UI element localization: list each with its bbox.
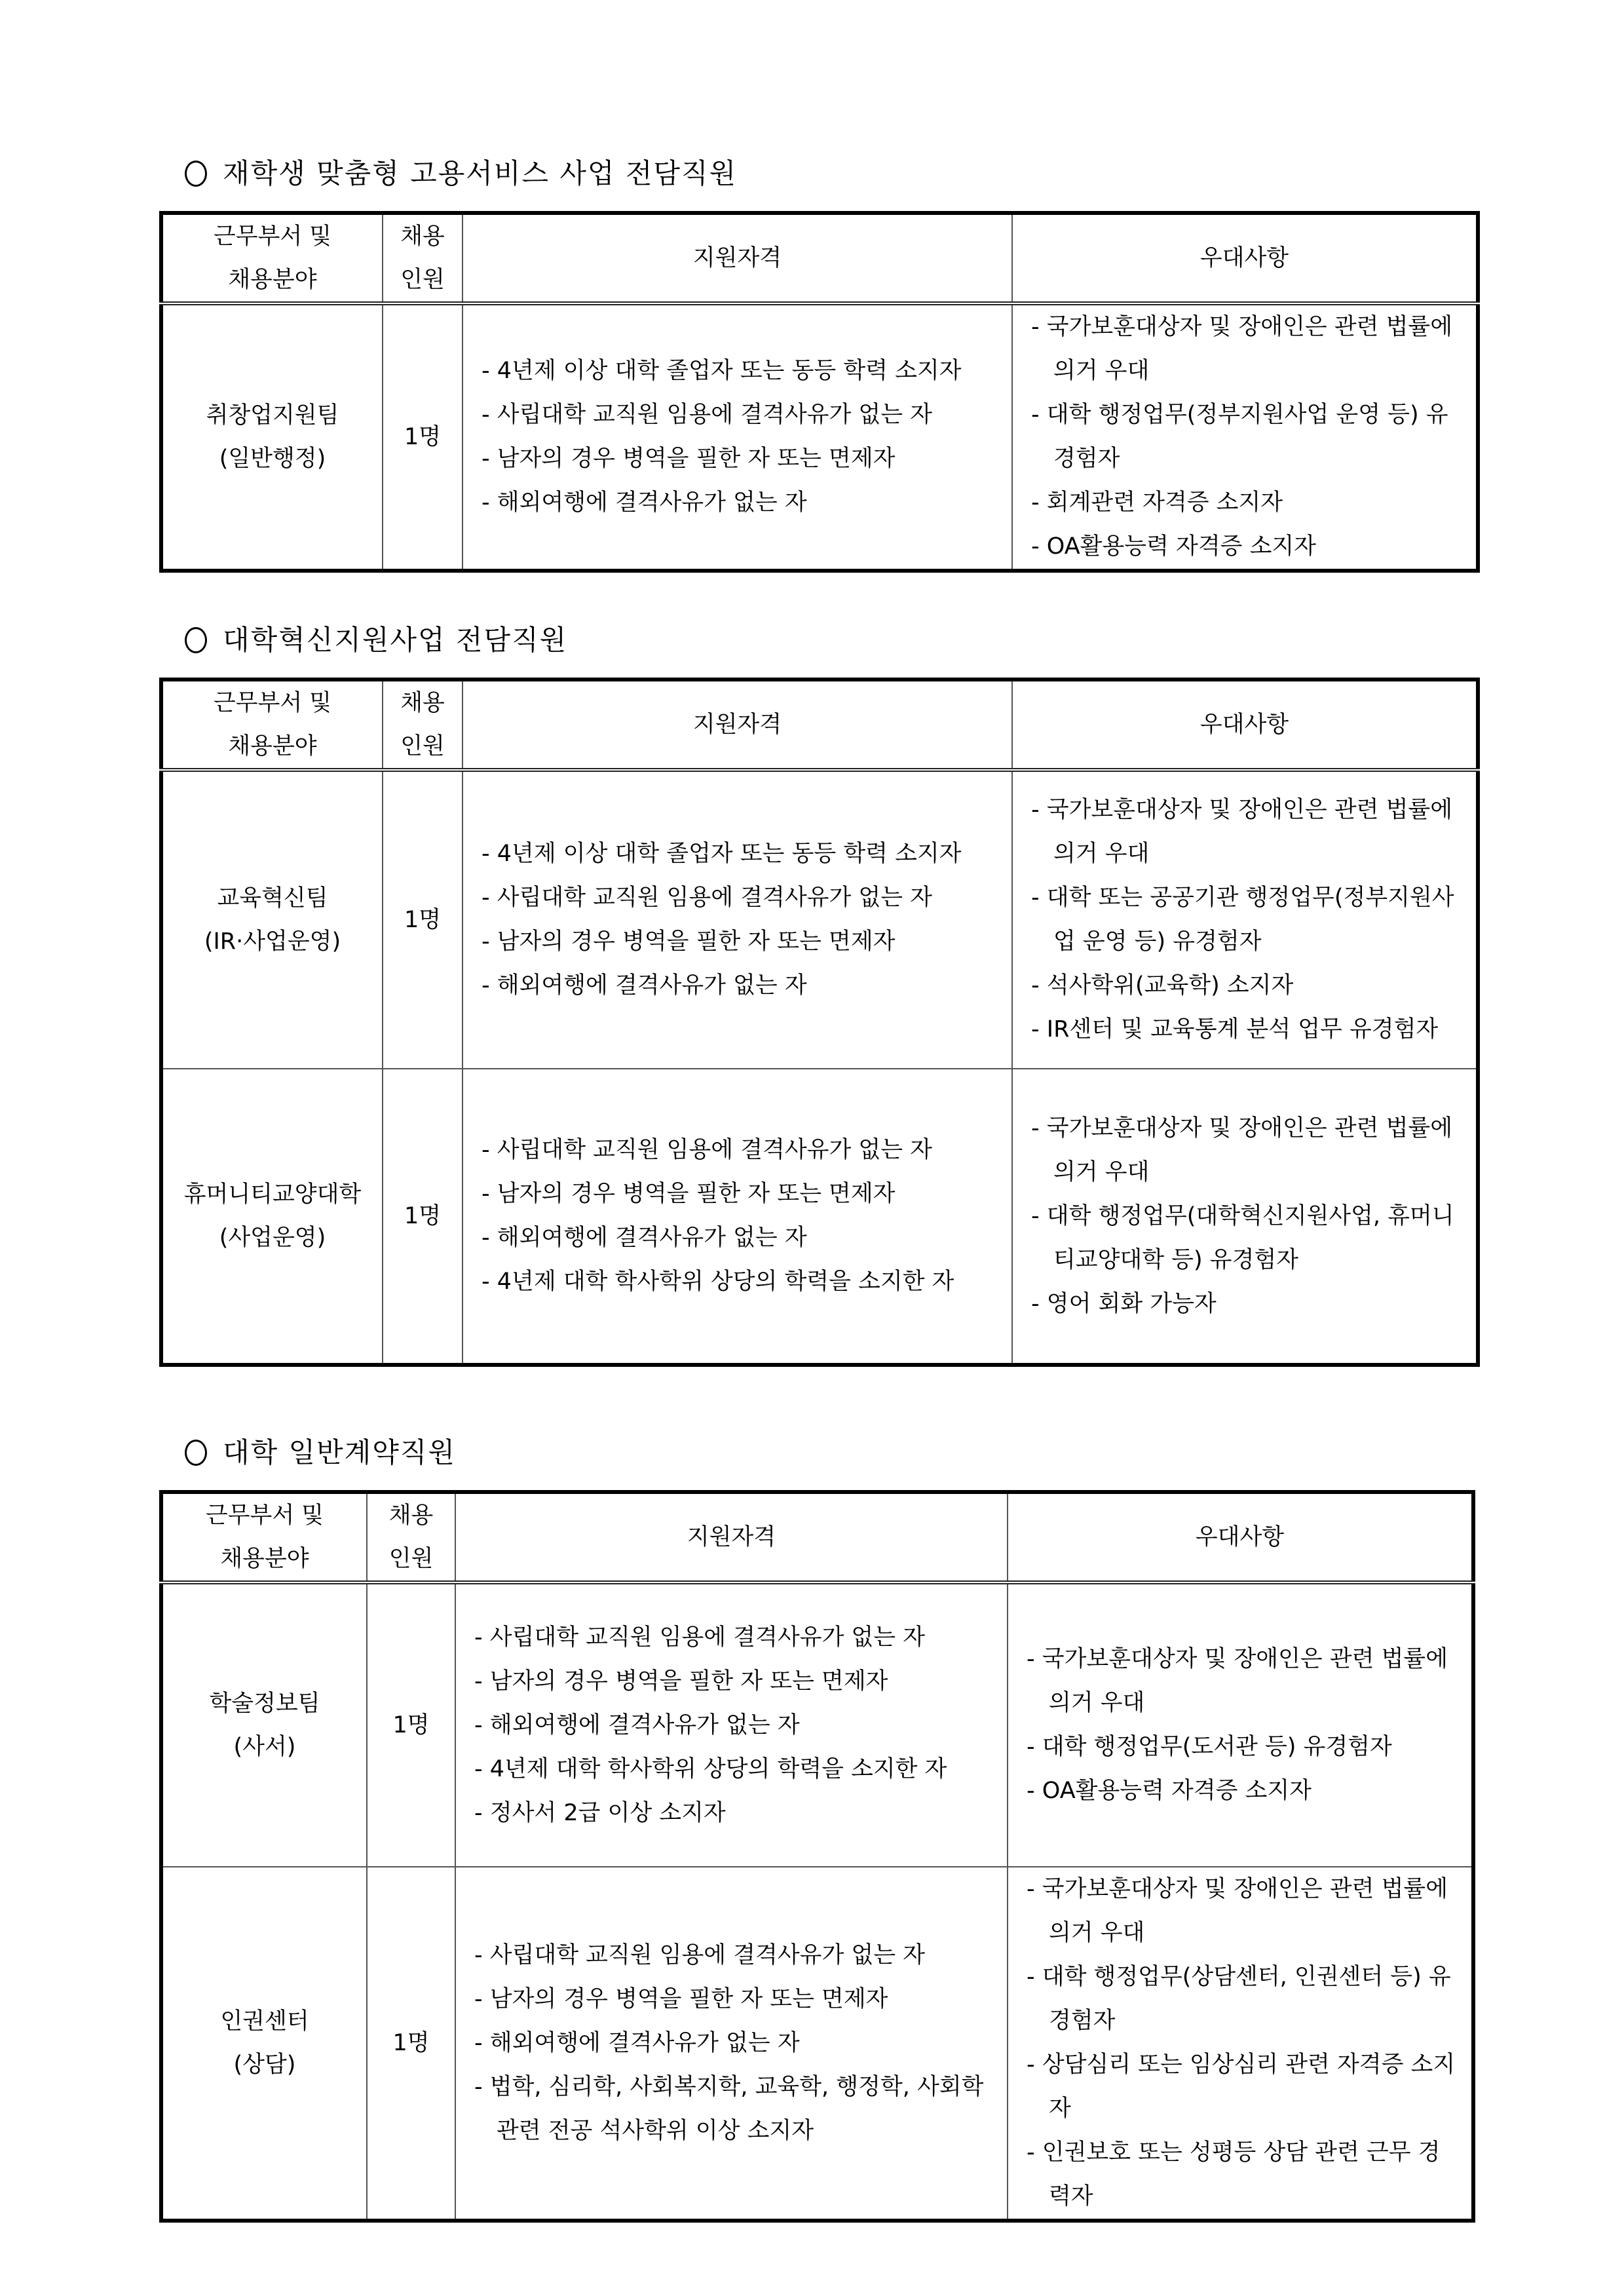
table-header-row: 근무부서 및채용분야 채용인원 지원자격 우대사항 xyxy=(161,679,1478,770)
header-dept-line2: 채용분야 xyxy=(163,725,382,768)
qualification-item: 사립대학 교직원 임용에 결격사유가 없는 자 xyxy=(482,393,1000,437)
qualification-item: 남자의 경우 병역을 필한 자 또는 면제자 xyxy=(474,1660,995,1704)
preference-item: 대학 행정업무(상담센터, 인권센터 등) 유경험자 xyxy=(1027,1955,1460,2043)
header-qualifications: 지원자격 xyxy=(463,213,1012,303)
table-row: 교육혁신팀(IR·사업운영) 1명 4년제 이상 대학 졸업자 또는 동등 학력… xyxy=(161,770,1478,1069)
dept-name: 교육혁신팀 xyxy=(163,877,382,920)
dept-field: (사업운영) xyxy=(163,1216,382,1259)
qualification-item: 해외여행에 결격사유가 없는 자 xyxy=(482,481,1000,525)
preferences-cell: 국가보훈대상자 및 장애인은 관련 법률에 의거 우대 대학 행정업무(도서관 … xyxy=(1008,1582,1473,1867)
header-dept-line2: 채용분야 xyxy=(163,258,382,301)
qualification-item: 남자의 경우 병역을 필한 자 또는 면제자 xyxy=(474,1978,995,2021)
preference-item: 대학 또는 공공기관 행정업무(정부지원사업 운영 등) 유경험자 xyxy=(1031,876,1464,964)
circle-bullet-icon xyxy=(185,627,207,653)
dept-name: 휴머니티교양대학 xyxy=(163,1173,382,1216)
preferences-cell: 국가보훈대상자 및 장애인은 관련 법률에 의거 우대 대학 행정업무(정부지원… xyxy=(1012,303,1478,571)
dept-cell: 학술정보팀(사서) xyxy=(161,1582,367,1867)
dept-cell: 취창업지원팀(일반행정) xyxy=(161,303,383,571)
qualification-item: 4년제 이상 대학 졸업자 또는 동등 학력 소지자 xyxy=(482,832,1000,876)
qualifications-cell: 4년제 이상 대학 졸업자 또는 동등 학력 소지자 사립대학 교직원 임용에 … xyxy=(463,770,1012,1069)
qualification-item: 사립대학 교직원 임용에 결격사유가 없는 자 xyxy=(474,1934,995,1978)
preference-item: 대학 행정업무(대학혁신지원사업, 휴머니티교양대학 등) 유경험자 xyxy=(1031,1195,1464,1282)
qualification-item: 4년제 이상 대학 졸업자 또는 동등 학력 소지자 xyxy=(482,349,1000,393)
count-cell: 1명 xyxy=(383,303,463,571)
recruit-table-3: 근무부서 및채용분야 채용인원 지원자격 우대사항 학술정보팀(사서) 1명 사… xyxy=(159,1490,1475,2223)
preferences-cell: 국가보훈대상자 및 장애인은 관련 법률에 의거 우대 대학 행정업무(대학혁신… xyxy=(1012,1069,1478,1365)
header-count-line2: 인원 xyxy=(383,725,462,768)
dept-name: 학술정보팀 xyxy=(163,1682,366,1725)
preference-item: 상담심리 또는 임상심리 관련 자격증 소지자 xyxy=(1027,2043,1460,2131)
section-title-text: 재학생 맞춤형 고용서비스 사업 전담직원 xyxy=(223,157,737,189)
preference-item: 국가보훈대상자 및 장애인은 관련 법률에 의거 우대 xyxy=(1027,1637,1460,1725)
header-count: 채용인원 xyxy=(383,213,463,303)
preference-item: IR센터 및 교육통계 분석 업무 유경험자 xyxy=(1031,1008,1464,1052)
preference-item: 영어 회화 가능자 xyxy=(1031,1282,1464,1326)
dept-field: (사서) xyxy=(163,1725,366,1769)
header-preferences: 우대사항 xyxy=(1012,213,1478,303)
header-count-line2: 인원 xyxy=(368,1537,455,1580)
table-row: 인권센터(상담) 1명 사립대학 교직원 임용에 결격사유가 없는 자 남자의 … xyxy=(161,1867,1473,2221)
header-count: 채용인원 xyxy=(383,679,463,770)
qualification-item: 법학, 심리학, 사회복지학, 교육학, 행정학, 사회학 관련 전공 석사학위… xyxy=(474,2065,995,2153)
table-row: 취창업지원팀(일반행정) 1명 4년제 이상 대학 졸업자 또는 동등 학력 소… xyxy=(161,303,1478,571)
table-header-row: 근무부서 및채용분야 채용인원 지원자격 우대사항 xyxy=(161,1492,1473,1582)
preference-item: OA활용능력 자격증 소지자 xyxy=(1027,1769,1460,1813)
qualifications-cell: 사립대학 교직원 임용에 결격사유가 없는 자 남자의 경우 병역을 필한 자 … xyxy=(455,1582,1008,1867)
preference-item: 인권보호 또는 성평등 상담 관련 근무 경력자 xyxy=(1027,2131,1460,2219)
qualification-item: 정사서 2급 이상 소지자 xyxy=(474,1791,995,1835)
recruit-table-1: 근무부서 및채용분야 채용인원 지원자격 우대사항 취창업지원팀(일반행정) 1… xyxy=(159,211,1480,573)
circle-bullet-icon xyxy=(185,1440,207,1466)
header-count: 채용인원 xyxy=(367,1492,455,1582)
count-cell: 1명 xyxy=(367,1582,455,1867)
section-title-2: 대학혁신지원사업 전담직원 xyxy=(185,619,567,658)
qualification-item: 해외여행에 결격사유가 없는 자 xyxy=(482,1216,1000,1260)
preference-item: 국가보훈대상자 및 장애인은 관련 법률에 의거 우대 xyxy=(1031,305,1464,393)
count-cell: 1명 xyxy=(383,770,463,1069)
table-row: 휴머니티교양대학(사업운영) 1명 사립대학 교직원 임용에 결격사유가 없는 … xyxy=(161,1069,1478,1365)
dept-cell: 교육혁신팀(IR·사업운영) xyxy=(161,770,383,1069)
header-qualifications: 지원자격 xyxy=(455,1492,1008,1582)
preference-item: 국가보훈대상자 및 장애인은 관련 법률에 의거 우대 xyxy=(1027,1867,1460,1955)
header-dept: 근무부서 및채용분야 xyxy=(161,1492,367,1582)
preference-item: 회계관련 자격증 소지자 xyxy=(1031,481,1464,525)
qualifications-cell: 사립대학 교직원 임용에 결격사유가 없는 자 남자의 경우 병역을 필한 자 … xyxy=(463,1069,1012,1365)
qualification-item: 사립대학 교직원 임용에 결격사유가 없는 자 xyxy=(474,1616,995,1660)
qualification-item: 남자의 경우 병역을 필한 자 또는 면제자 xyxy=(482,437,1000,481)
dept-cell: 휴머니티교양대학(사업운영) xyxy=(161,1069,383,1365)
dept-cell: 인권센터(상담) xyxy=(161,1867,367,2221)
dept-name: 취창업지원팀 xyxy=(163,394,382,437)
header-dept-line1: 근무부서 및 xyxy=(163,1494,366,1537)
preference-item: 석사학위(교육학) 소지자 xyxy=(1031,964,1464,1008)
qualification-item: 해외여행에 결격사유가 없는 자 xyxy=(482,964,1000,1008)
section-title-1: 재학생 맞춤형 고용서비스 사업 전담직원 xyxy=(185,152,737,191)
table-header-row: 근무부서 및채용분야 채용인원 지원자격 우대사항 xyxy=(161,213,1478,303)
qualification-item: 사립대학 교직원 임용에 결격사유가 없는 자 xyxy=(482,876,1000,920)
header-qualifications: 지원자격 xyxy=(463,679,1012,770)
qualification-item: 4년제 대학 학사학위 상당의 학력을 소지한 자 xyxy=(482,1260,1000,1304)
qualifications-cell: 4년제 이상 대학 졸업자 또는 동등 학력 소지자 사립대학 교직원 임용에 … xyxy=(463,303,1012,571)
qualification-item: 남자의 경우 병역을 필한 자 또는 면제자 xyxy=(482,920,1000,964)
section-title-text: 대학 일반계약직원 xyxy=(223,1436,456,1468)
section-title-text: 대학혁신지원사업 전담직원 xyxy=(223,624,567,656)
dept-field: (IR·사업운영) xyxy=(163,920,382,963)
recruit-table-2: 근무부서 및채용분야 채용인원 지원자격 우대사항 교육혁신팀(IR·사업운영)… xyxy=(159,678,1480,1367)
qualification-item: 해외여행에 결격사유가 없는 자 xyxy=(474,1704,995,1748)
header-count-line1: 채용 xyxy=(368,1494,455,1537)
qualification-item: 남자의 경우 병역을 필한 자 또는 면제자 xyxy=(482,1172,1000,1216)
header-count-line1: 채용 xyxy=(383,215,462,258)
dept-field: (상담) xyxy=(163,2043,366,2086)
section-title-3: 대학 일반계약직원 xyxy=(185,1431,456,1470)
qualification-item: 4년제 대학 학사학위 상당의 학력을 소지한 자 xyxy=(474,1748,995,1791)
preferences-cell: 국가보훈대상자 및 장애인은 관련 법률에 의거 우대 대학 또는 공공기관 행… xyxy=(1012,770,1478,1069)
qualifications-cell: 사립대학 교직원 임용에 결격사유가 없는 자 남자의 경우 병역을 필한 자 … xyxy=(455,1867,1008,2221)
preference-item: 국가보훈대상자 및 장애인은 관련 법률에 의거 우대 xyxy=(1031,788,1464,876)
header-count-line1: 채용 xyxy=(383,681,462,725)
dept-name: 인권센터 xyxy=(163,2000,366,2043)
qualification-item: 해외여행에 결격사유가 없는 자 xyxy=(474,2021,995,2065)
dept-field: (일반행정) xyxy=(163,437,382,480)
preference-item: 대학 행정업무(도서관 등) 유경험자 xyxy=(1027,1725,1460,1769)
circle-bullet-icon xyxy=(185,161,207,187)
header-dept-line1: 근무부서 및 xyxy=(163,215,382,258)
header-dept-line1: 근무부서 및 xyxy=(163,681,382,725)
table-row: 학술정보팀(사서) 1명 사립대학 교직원 임용에 결격사유가 없는 자 남자의… xyxy=(161,1582,1473,1867)
preference-item: OA활용능력 자격증 소지자 xyxy=(1031,525,1464,569)
header-dept-line2: 채용분야 xyxy=(163,1537,366,1580)
header-dept: 근무부서 및채용분야 xyxy=(161,213,383,303)
preference-item: 대학 행정업무(정부지원사업 운영 등) 유경험자 xyxy=(1031,393,1464,481)
qualification-item: 사립대학 교직원 임용에 결격사유가 없는 자 xyxy=(482,1128,1000,1172)
header-preferences: 우대사항 xyxy=(1008,1492,1473,1582)
header-preferences: 우대사항 xyxy=(1012,679,1478,770)
count-cell: 1명 xyxy=(383,1069,463,1365)
count-cell: 1명 xyxy=(367,1867,455,2221)
preference-item: 국가보훈대상자 및 장애인은 관련 법률에 의거 우대 xyxy=(1031,1107,1464,1195)
preferences-cell: 국가보훈대상자 및 장애인은 관련 법률에 의거 우대 대학 행정업무(상담센터… xyxy=(1008,1867,1473,2221)
header-count-line2: 인원 xyxy=(383,258,462,301)
header-dept: 근무부서 및채용분야 xyxy=(161,679,383,770)
